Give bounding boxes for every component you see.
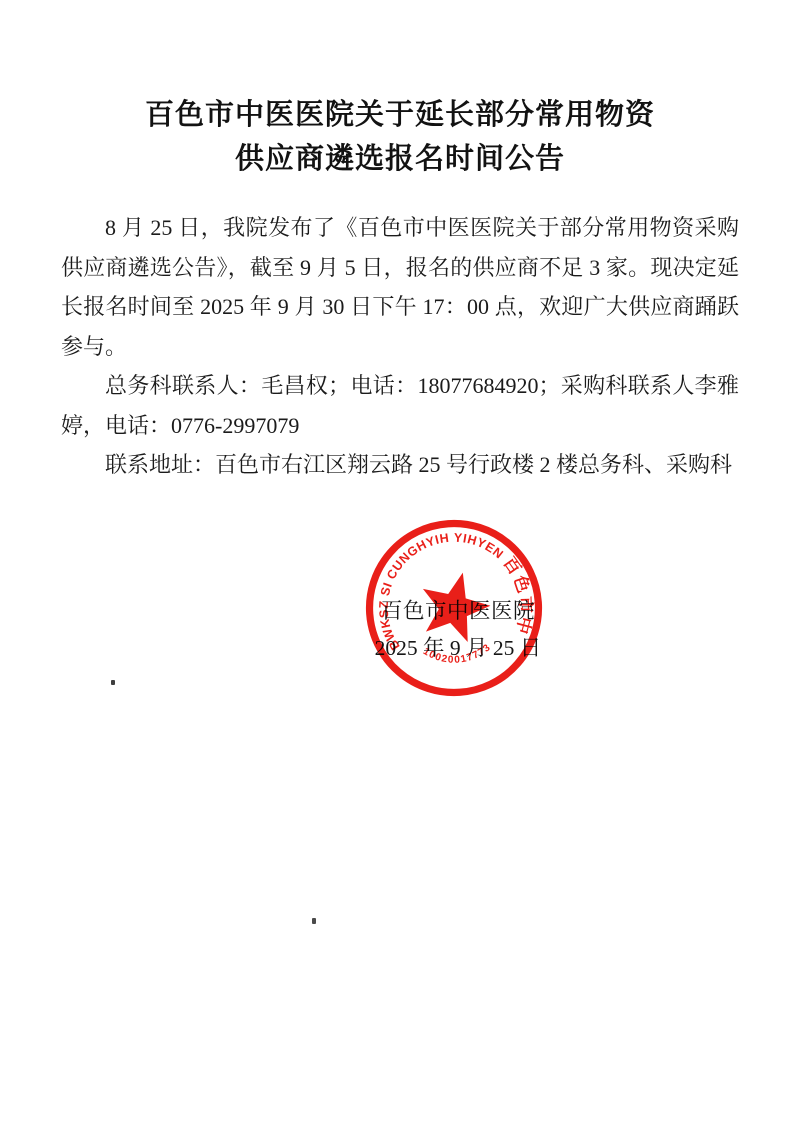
title-line-2: 供应商遴选报名时间公告 bbox=[0, 137, 800, 181]
document-body: 8 月 25 日，我院发布了《百色市中医医院关于部分常用物资采购供应商遴选公告》… bbox=[61, 208, 739, 485]
seal-code-text: 10020017773 bbox=[420, 641, 494, 668]
seal-code: 10020017773 bbox=[420, 641, 494, 668]
scan-artifact-speck bbox=[111, 680, 115, 685]
paragraph-address: 联系地址：百色市右江区翔云路 25 号行政楼 2 楼总务科、采购科 bbox=[61, 445, 739, 485]
paragraph-contacts: 总务科联系人：毛昌权；电话：18077684920；采购科联系人李雅婷，电话：0… bbox=[61, 366, 739, 445]
document-page: 百色市中医医院关于延长部分常用物资 供应商遴选报名时间公告 8 月 25 日，我… bbox=[0, 0, 800, 1131]
seal-arc-text: BWKSZ SI CUNGHYIH YIHYEN 百色市中医医院 bbox=[358, 512, 539, 655]
official-seal: BWKSZ SI CUNGHYIH YIHYEN 百色市中医医院 1002001… bbox=[358, 512, 550, 704]
seal-star bbox=[413, 564, 496, 645]
title-line-1: 百色市中医医院关于延长部分常用物资 bbox=[0, 93, 800, 137]
paragraph-announcement: 8 月 25 日，我院发布了《百色市中医医院关于部分常用物资采购供应商遴选公告》… bbox=[61, 208, 739, 366]
document-title: 百色市中医医院关于延长部分常用物资 供应商遴选报名时间公告 bbox=[0, 93, 800, 181]
scan-artifact-speck bbox=[312, 918, 316, 924]
